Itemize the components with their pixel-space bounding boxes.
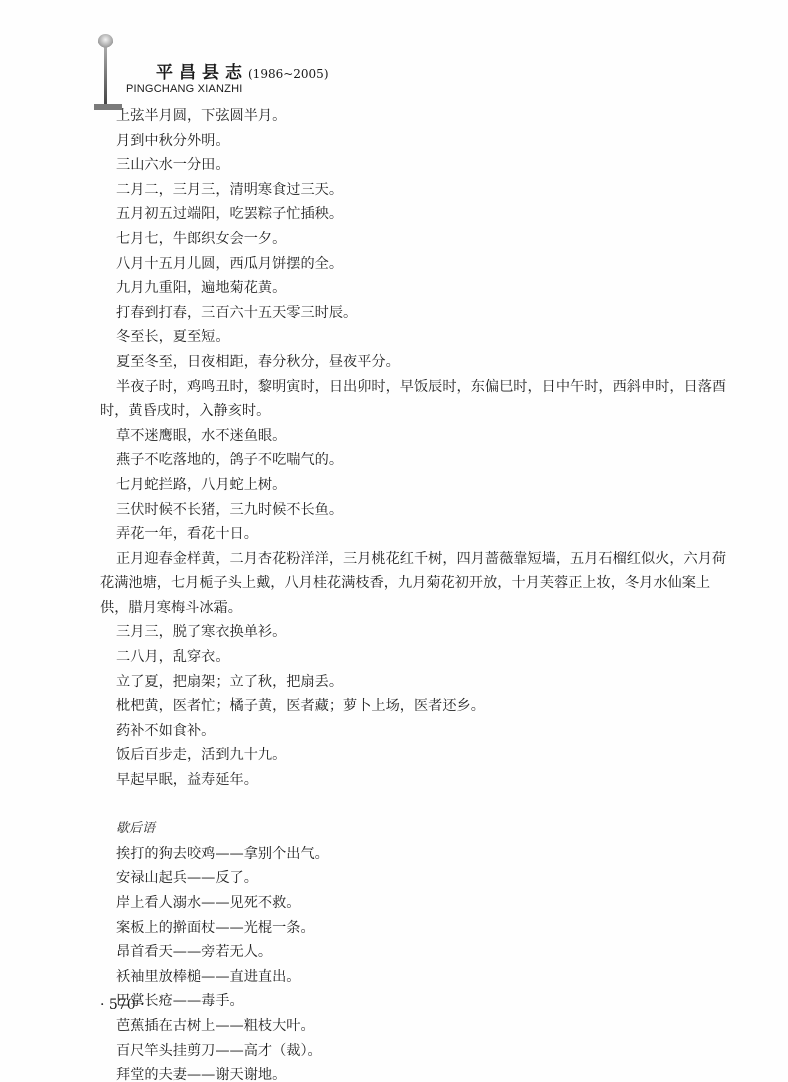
proverb-line: 草不迷鹰眼，水不迷鱼眼。	[116, 424, 736, 449]
xiehouyu-line: 岸上看人溺水——见死不救。	[116, 891, 736, 916]
xiehouyu-line: 巴掌长疮——毒手。	[116, 989, 736, 1014]
proverb-line: 饭后百步走，活到九十九。	[116, 743, 736, 768]
proverb-line: 打春到打春，三百六十五天零三时辰。	[116, 301, 736, 326]
proverb-line: 夏至冬至，日夜相距，春分秋分，昼夜平分。	[116, 350, 736, 375]
proverb-line: 上弦半月圆，下弦圆半月。	[116, 104, 736, 129]
proverb-line: 九月九重阳，遍地菊花黄。	[116, 276, 736, 301]
proverb-line: 五月初五过端阳，吃罢粽子忙插秧。	[116, 202, 736, 227]
proverb-line: 冬至长，夏至短。	[116, 325, 736, 350]
proverb-line: 枇杷黄，医者忙；橘子黄，医者藏；萝卜上场，医者还乡。	[116, 694, 736, 719]
logo-bulb-icon	[98, 34, 113, 48]
xiehouyu-line: 百尺竿头挂剪刀——高才（裁）。	[116, 1039, 736, 1064]
proverb-line: 八月十五月儿圆，西瓜月饼摆的全。	[116, 252, 736, 277]
proverb-line: 二月二，三月三，清明寒食过三天。	[116, 178, 736, 203]
proverb-line: 七月七，牛郎织女会一夕。	[116, 227, 736, 252]
book-title-pinyin: PINGCHANG XIANZHI	[126, 83, 242, 95]
proverb-line: 月到中秋分外明。	[116, 129, 736, 154]
section-title-xiehouyu: 歇后语	[116, 817, 736, 842]
proverb-line: 弄花一年，看花十日。	[116, 522, 736, 547]
proverb-line: 药补不如食补。	[116, 719, 736, 744]
page-body: 上弦半月圆，下弦圆半月。 月到中秋分外明。 三山六水一分田。 二月二，三月三，清…	[116, 104, 736, 1082]
xiehouyu-line: 挨打的狗去咬鸡——拿别个出气。	[116, 842, 736, 867]
xiehouyu-line: 拜堂的夫妻——谢天谢地。	[116, 1063, 736, 1082]
xiehouyu-line: 袄袖里放棒槌——直进直出。	[116, 965, 736, 990]
book-title: 平昌县志(1986~2005)	[156, 58, 329, 83]
proverb-line: 七月蛇拦路，八月蛇上树。	[116, 473, 736, 498]
xiehouyu-line: 案板上的擀面杖——光棍一条。	[116, 916, 736, 941]
document-page: 平昌县志(1986~2005) PINGCHANG XIANZHI 上弦半月圆，…	[0, 0, 788, 1082]
proverb-line: 二八月，乱穿衣。	[116, 645, 736, 670]
page-number: · 570 ·	[100, 997, 145, 1013]
proverb-line: 三山六水一分田。	[116, 153, 736, 178]
xiehouyu-line: 安禄山起兵——反了。	[116, 866, 736, 891]
page-header: 平昌县志(1986~2005) PINGCHANG XIANZHI	[88, 28, 388, 98]
proverb-line: 三月三，脱了寒衣换单衫。	[116, 620, 736, 645]
xiehouyu-line: 芭蕉插在古树上——粗枝大叶。	[116, 1014, 736, 1039]
proverb-line: 三伏时候不长猪，三九时候不长鱼。	[116, 498, 736, 523]
book-title-chinese: 平昌县志	[156, 63, 248, 83]
proverb-line: 燕子不吃落地的，鸽子不吃喘气的。	[116, 448, 736, 473]
proverb-line: 立了夏，把扇架；立了秋，把扇丢。	[116, 670, 736, 695]
proverb-paragraph: 正月迎春金样黄，二月杏花粉洋洋，三月桃花红千树，四月蔷薇靠短墙，五月石榴红似火，…	[100, 547, 736, 621]
xiehouyu-line: 昂首看天——旁若无人。	[116, 940, 736, 965]
book-title-years: (1986~2005)	[248, 67, 329, 81]
proverb-paragraph: 半夜子时，鸡鸣丑时，黎明寅时，日出卯时，早饭辰时，东偏巳时，日中午时，西斜申时，…	[100, 375, 736, 424]
proverb-line: 早起早眠，益寿延年。	[116, 768, 736, 793]
